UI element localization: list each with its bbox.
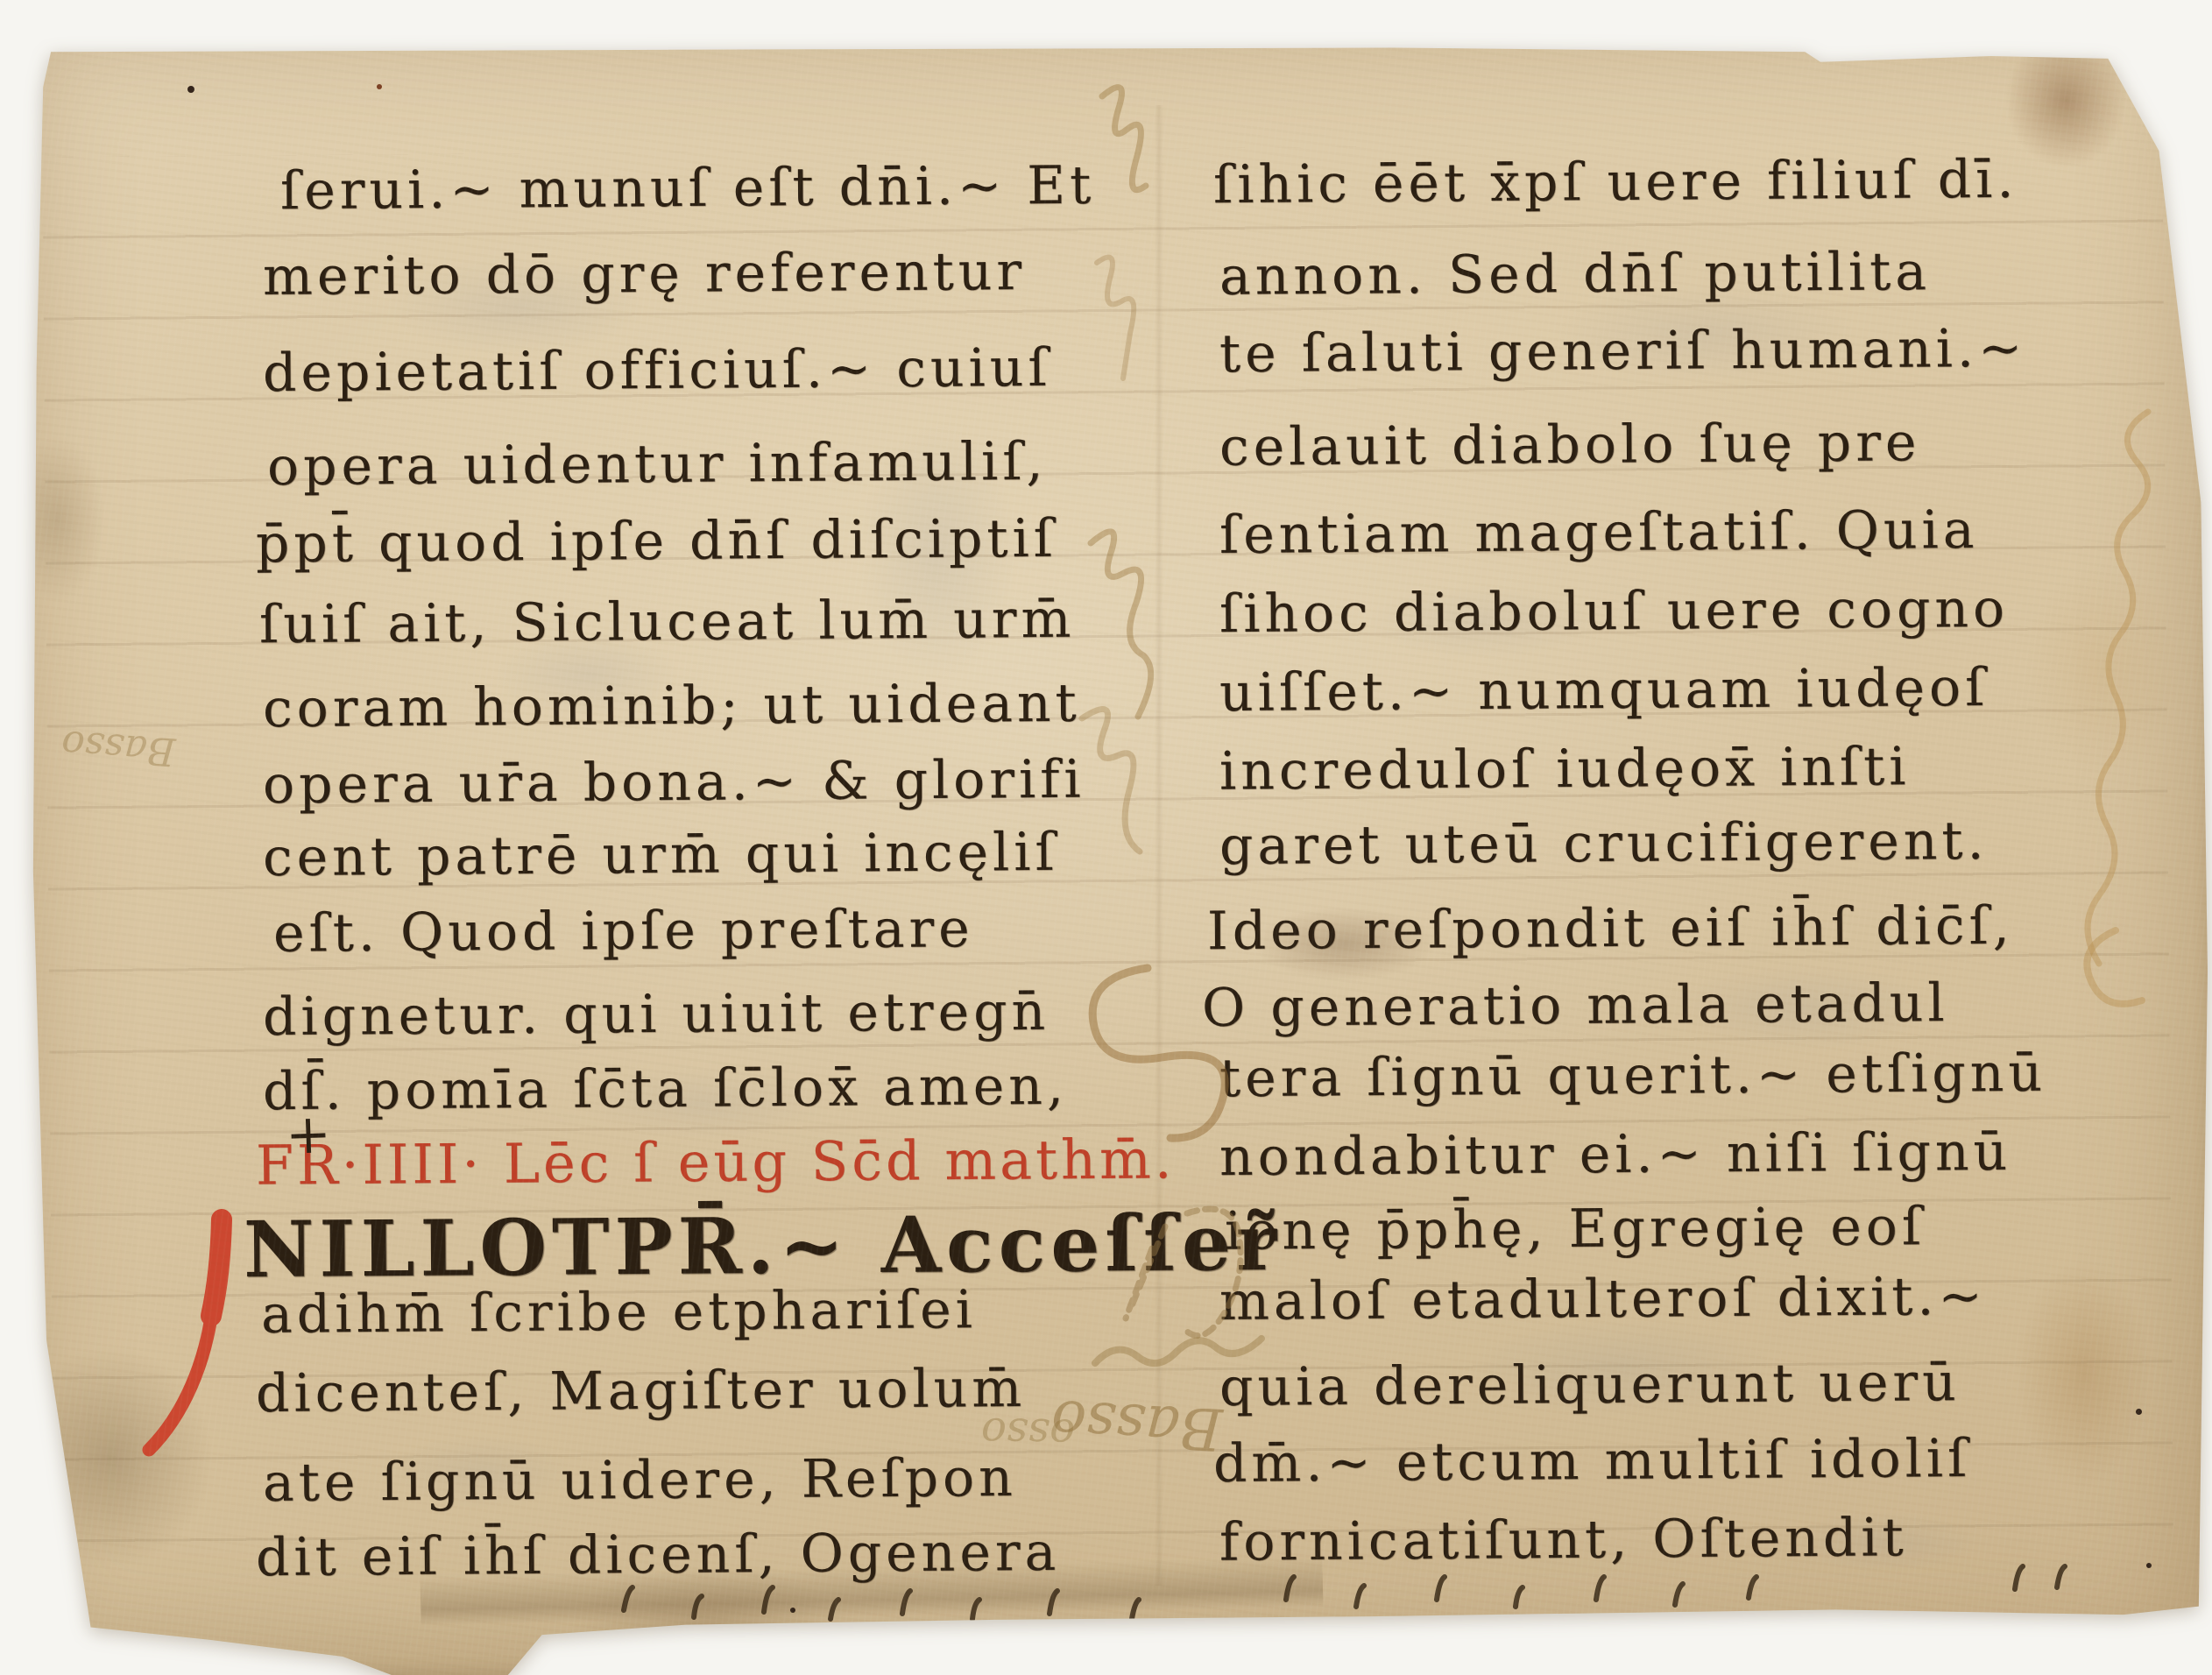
ink-speck <box>790 1608 795 1613</box>
stain <box>1253 907 1437 981</box>
text-line: eſt. Quod ipſe preſtare <box>273 902 974 960</box>
text-line: ſihoc diaboluſ uere cogno <box>1219 583 2010 640</box>
text-line: coram hominib; ut uideant <box>263 677 1081 736</box>
text-line: increduloſ iudęox̄ inſti <box>1219 740 1911 798</box>
text-line: maloſ etadulteroſ dixit.~ <box>1219 1270 1987 1328</box>
parchment-leaf: ſerui.~ munuſ eſt dn̄i.~ Et merito dō gr… <box>0 0 2212 1675</box>
text-line: nondabitur ei.~ niſi ſignū <box>1219 1126 2012 1184</box>
pen-trial-scribble <box>1095 1339 1261 1363</box>
text-line: ionę p̄ph̄ę, Egregię eoſ <box>1225 1200 1926 1258</box>
cross-mark: + <box>285 1101 332 1167</box>
parchment-leaf-wrapper: ſerui.~ munuſ eſt dn̄i.~ Et merito dō gr… <box>0 0 2212 1675</box>
text-line: te ſaluti generiſ humani.~ <box>1219 322 2027 380</box>
gutter-flourish-loop <box>1092 968 1225 1138</box>
text-line: uiſſet.~ numquam iudęoſ <box>1219 661 1989 719</box>
scanned-manuscript-page: ſerui.~ munuſ eſt dn̄i.~ Et merito dō gr… <box>0 0 2212 1675</box>
text-line: opera uidentur infamuliſ, <box>267 435 1048 493</box>
text-line: O generatio mala etadul <box>1202 977 1949 1035</box>
text-line: dit eiſ ih̄ſ dicenſ, Ogenera <box>256 1526 1061 1584</box>
red-initial-I <box>149 1219 222 1450</box>
text-line: quia dereliquerunt uerū <box>1219 1356 1961 1414</box>
text-line: garet uteū crucifigerent. <box>1219 815 1989 873</box>
text-line: ſerui.~ munuſ eſt dn̄i.~ Et <box>280 159 1096 217</box>
text-line: opera ur̄a bona.~ & glorifi <box>263 753 1085 812</box>
text-line: merito dō grę referentur <box>263 245 1026 303</box>
ink-speck <box>1030 1620 1035 1624</box>
text-line: annon. Sed dn̄ſ putilita <box>1219 245 1931 303</box>
pen-trial-scribble <box>1082 88 1151 852</box>
text-line: dignetur. qui uiuit etregn̄ <box>263 986 1050 1043</box>
text-line: p̄pt̄ quod ipſe dn̄ſ diſciptiſ <box>256 512 1057 570</box>
incipit-line: NILLOTPR̄.~ Acceſſer̃ <box>244 1204 1283 1288</box>
bottom-fold-shadow <box>420 1557 1323 1629</box>
ink-speck <box>377 84 382 89</box>
right-margin-flourish <box>2087 412 2148 1004</box>
basso-inscription-left-margin: Basso <box>60 722 176 774</box>
verso-showthrough <box>0 0 2212 1675</box>
text-line: fornicatiſunt, Oſtendit <box>1219 1511 1908 1568</box>
text-line: celauit diabolo ſuę pre <box>1219 416 1921 474</box>
text-line: tera ſignū querit.~ etſignū <box>1219 1047 2046 1106</box>
text-line: dſ̄. pomīa ſc̄ta ſc̄lox̄ amen, <box>263 1060 1068 1118</box>
text-line: adihm̄ ſcribe etphariſei <box>261 1283 977 1341</box>
text-line: Ideo reſpondit eiſ ih̄ſ dic̄ſ, <box>1207 900 2014 958</box>
text-line: dicenteſ, Magiſter uolum̄ <box>256 1362 1027 1420</box>
text-line: cent patrē urm̄ qui incęliſ <box>263 826 1059 884</box>
text-line: ate ſignū uidere, Reſpon <box>263 1452 1017 1509</box>
ruling-lines <box>42 141 2173 1616</box>
basso-inscription-gutter: Basso <box>1049 1387 1224 1463</box>
text-line: depietatiſ officiuſ.~ cuiuſ <box>263 342 1052 399</box>
text-line: dm̄.~ etcum multiſ idoliſ <box>1213 1432 1972 1490</box>
text-line: ſentiam mageſtatiſ. Quia <box>1219 504 1979 562</box>
rubric-line: FR·IIII· Lēc ſ eūg Sc̄d mathm̄. <box>256 1132 1176 1192</box>
basso-inscription-gutter-secondary: osso <box>981 1408 1076 1459</box>
gutter-crease <box>1155 105 1163 1586</box>
ink-speck <box>187 86 194 93</box>
text-line: ſihic ēēt x̄pſ uere filiuſ dī. <box>1213 153 2018 211</box>
trimmed-line-stroke-tops <box>624 1566 2065 1619</box>
ink-speck <box>2136 1409 2142 1415</box>
text-line: ſuiſ ait, Sicluceat lum̄ urm̄ <box>259 593 1076 652</box>
ink-speck <box>2146 1563 2152 1568</box>
gutter-doodle <box>1126 1209 1240 1336</box>
